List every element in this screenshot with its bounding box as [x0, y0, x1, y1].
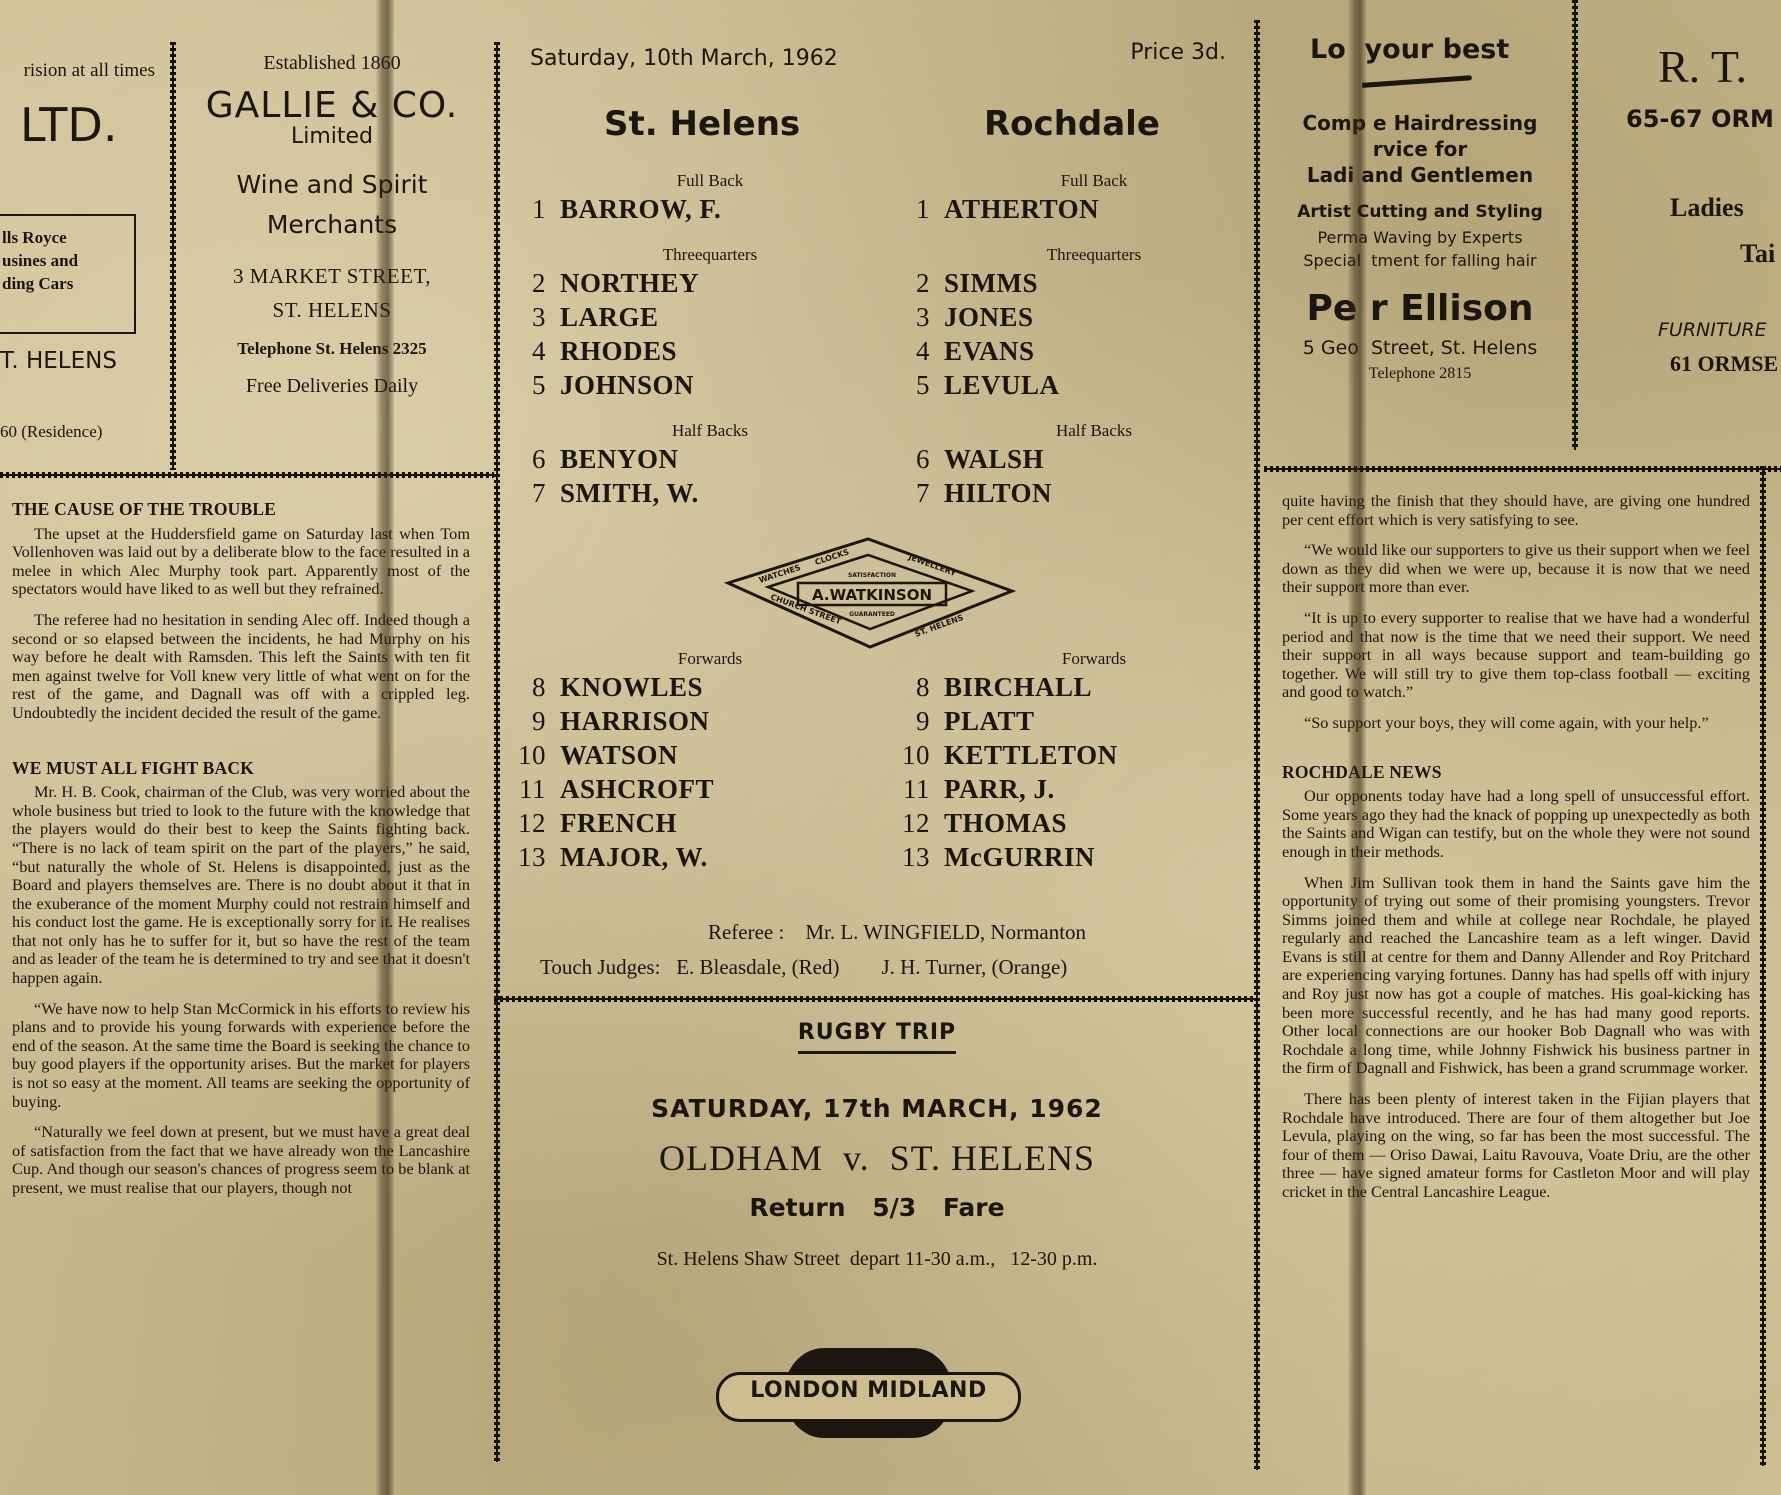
player-row: 6BENYON — [500, 442, 860, 476]
hairdresser-address: 5 Geo Street, St. Helens — [1270, 337, 1570, 359]
rt-line: Ladies — [1590, 193, 1781, 223]
away-lineup: Full Back 1ATHERTON Threequarters 2SIMMS… — [884, 170, 1244, 874]
london-midland-logo: LONDON MIDLAND — [716, 1348, 1021, 1438]
hairdresser-telephone: Telephone 2815 — [1270, 365, 1570, 383]
article-paragraph: The upset at the Huddersfield game on Sa… — [12, 525, 470, 599]
touch-judges-label: Touch Judges: — [540, 955, 660, 979]
article-paragraph: “It is up to every supporter to realise … — [1282, 609, 1750, 702]
article-fight-back: WE MUST ALL FIGHT BACK Mr. H. B. Cook, c… — [12, 759, 470, 1198]
player-row: 10WATSON — [500, 738, 860, 772]
article-heading: THE CAUSE OF THE TROUBLE — [12, 500, 470, 519]
svg-text:A.WATKINSON: A.WATKINSON — [812, 586, 932, 604]
advert-residence-phone: 60 (Residence) — [0, 422, 102, 442]
trip-title: RUGBY TRIP — [798, 1020, 956, 1054]
left-articles: THE CAUSE OF THE TROUBLE The upset at th… — [12, 500, 470, 1210]
position-label: Threequarters — [884, 244, 1244, 266]
article-paragraph: “So support your boys, they will come ag… — [1282, 714, 1750, 733]
position-label: Full Back — [884, 170, 1244, 192]
player-row: 12FRENCH — [500, 806, 860, 840]
player-row: 10KETTLETON — [884, 738, 1244, 772]
rolls-royce-box: lls Royce usines and ding Cars — [0, 214, 136, 334]
player-row: 12THOMAS — [884, 806, 1244, 840]
article-paragraph: “Naturally we feel down at present, but … — [12, 1123, 470, 1197]
rugby-trip-advert: RUGBY TRIP SATURDAY, 17th MARCH, 1962 OL… — [500, 1020, 1254, 1271]
svg-text:JEWELLERY: JEWELLERY — [906, 552, 957, 578]
address: 3 MARKET STREET, ST. HELENS — [172, 259, 492, 327]
underline-swash — [1362, 75, 1472, 88]
player-row: 1BARROW, F. — [500, 192, 860, 226]
perm-waving: Perma Waving by Experts — [1270, 228, 1570, 247]
match-officials: Referee : Mr. L. WINGFIELD, Normanton To… — [500, 920, 1254, 980]
article-rochdale-news: ROCHDALE NEWS Our opponents today have h… — [1282, 763, 1750, 1202]
player-row: 8BIRCHALL — [884, 670, 1244, 704]
artistic-cutting: Artist Cutting and Styling — [1270, 202, 1570, 222]
border-rule — [1264, 466, 1781, 472]
box-line: usines and — [0, 249, 134, 272]
player-row: 4RHODES — [500, 334, 860, 368]
trade-line: Wine and Spirit — [172, 165, 492, 205]
hairdresser-advert: Lo your best Comp e Hairdressing rvice f… — [1270, 34, 1570, 383]
advert-company-name: LTD. — [0, 98, 165, 152]
home-lineup: Full Back 1BARROW, F. Threequarters 2NOR… — [500, 170, 860, 874]
telephone: Telephone St. Helens 2325 — [172, 339, 492, 359]
trip-departure: St. Helens Shaw Street depart 11-30 a.m.… — [500, 1248, 1254, 1271]
position-label: Half Backs — [884, 420, 1244, 442]
player-row: 9HARRISON — [500, 704, 860, 738]
match-date: Saturday, 10th March, 1962 — [530, 46, 838, 71]
border-rule — [0, 472, 494, 478]
player-row: 3LARGE — [500, 300, 860, 334]
article-paragraph: When Jim Sullivan took them in hand the … — [1282, 874, 1750, 1079]
diamond-logo-icon: A.WATKINSON SATISFACTION GUARANTEED WATC… — [720, 533, 1020, 653]
service-line: rvice for — [1270, 136, 1570, 162]
advert-headline: Lo your best — [1270, 34, 1570, 65]
advert-tagline: rision at all times — [0, 60, 165, 82]
programme-price: Price 3d. — [1130, 40, 1226, 65]
article-paragraph: “We would like our supporters to give us… — [1282, 541, 1750, 597]
established-year: Established 1860 — [172, 52, 492, 75]
trip-match: OLDHAM v. ST. HELENS — [500, 1137, 1254, 1179]
home-team-name: St. Helens — [604, 104, 800, 144]
railway-name: LONDON MIDLAND — [716, 1378, 1021, 1403]
player-row: 7HILTON — [884, 476, 1244, 510]
box-line: lls Royce — [0, 226, 134, 249]
article-cause-of-trouble: THE CAUSE OF THE TROUBLE The upset at th… — [12, 500, 470, 723]
rt-line: Tai — [1590, 239, 1781, 269]
svg-text:SATISFACTION: SATISFACTION — [848, 572, 896, 579]
service-line: Ladi and Gentlemen — [1270, 162, 1570, 188]
article-paragraph: quite having the finish that they should… — [1282, 492, 1750, 529]
special-treatment: Special tment for falling hair — [1270, 251, 1570, 270]
border-rule — [1760, 466, 1766, 1466]
player-row: 4EVANS — [884, 334, 1244, 368]
article-paragraph: There has been plenty of interest taken … — [1282, 1090, 1750, 1202]
border-rule — [494, 996, 1254, 1002]
company-name: GALLIE & CO. — [172, 85, 492, 126]
rt-address: 65-67 ORM — [1590, 105, 1781, 133]
trip-fare: Return 5/3 Fare — [500, 1193, 1254, 1222]
right-articles: quite having the finish that they should… — [1282, 492, 1750, 1214]
player-row: 13McGURRIN — [884, 840, 1244, 874]
article-paragraph: “We have now to help Stan McCormick in h… — [12, 1000, 470, 1112]
position-label: Threequarters — [500, 244, 860, 266]
deliveries-note: Free Deliveries Daily — [172, 375, 492, 398]
player-row: 8KNOWLES — [500, 670, 860, 704]
position-label: Full Back — [500, 170, 860, 192]
player-row: 13MAJOR, W. — [500, 840, 860, 874]
touch-judge: J. H. Turner, (Orange) — [881, 955, 1067, 979]
player-row: 2SIMMS — [884, 266, 1244, 300]
address-line: ST. HELENS — [172, 293, 492, 327]
hairdresser-name: Pe r Ellison — [1270, 288, 1570, 329]
player-row: 5LEVULA — [884, 368, 1244, 402]
border-rule — [1572, 0, 1578, 450]
player-row: 5JOHNSON — [500, 368, 860, 402]
trip-date: SATURDAY, 17th MARCH, 1962 — [500, 1094, 1254, 1123]
rt-address-2: 61 ORMSE — [1590, 351, 1781, 377]
referee-name: Mr. L. WINGFIELD, Normanton — [805, 920, 1086, 944]
position-label: Half Backs — [500, 420, 860, 442]
gallie-advert: Established 1860 GALLIE & CO. Limited Wi… — [172, 52, 492, 398]
address-line: 3 MARKET STREET, — [172, 259, 492, 293]
trade-line: Merchants — [172, 205, 492, 245]
svg-text:GUARANTEED: GUARANTEED — [849, 611, 895, 618]
article-paragraph: Mr. H. B. Cook, chairman of the Club, wa… — [12, 783, 470, 988]
advert-city: T. HELENS — [0, 348, 117, 374]
player-row: 9PLATT — [884, 704, 1244, 738]
away-team-name: Rochdale — [984, 104, 1160, 144]
referee-label: Referee : — [708, 920, 784, 944]
article-paragraph: Our opponents today have had a long spel… — [1282, 787, 1750, 861]
player-row: 2NORTHEY — [500, 266, 860, 300]
team-sheet: Saturday, 10th March, 1962 Price 3d. St.… — [500, 40, 1254, 1000]
player-row: 6WALSH — [884, 442, 1244, 476]
border-rule — [1254, 20, 1260, 1470]
touch-judges-line: Touch Judges: E. Bleasdale, (Red) J. H. … — [500, 955, 1254, 980]
player-row: 1ATHERTON — [884, 192, 1244, 226]
player-row: 11ASHCROFT — [500, 772, 860, 806]
trade-description: Wine and Spirit Merchants — [172, 165, 492, 245]
left-edge-advert: rision at all times LTD. T. HELENS 60 (R… — [0, 60, 165, 152]
article-heading: ROCHDALE NEWS — [1282, 763, 1750, 782]
article-heading: WE MUST ALL FIGHT BACK — [12, 759, 470, 778]
rt-furniture: FURNITURE — [1590, 319, 1781, 341]
watkinson-jeweller-logo: A.WATKINSON SATISFACTION GUARANTEED WATC… — [720, 533, 1020, 653]
article-paragraph: The referee had no hesitation in sending… — [12, 611, 470, 723]
service-line: Comp e Hairdressing — [1270, 110, 1570, 136]
player-row: 7SMITH, W. — [500, 476, 860, 510]
referee-line: Referee : Mr. L. WINGFIELD, Normanton — [500, 920, 1254, 945]
service-description: Comp e Hairdressing rvice for Ladi and G… — [1270, 110, 1570, 188]
rt-outfitters-advert: R. T. 65-67 ORM Ladies Tai FURNITURE 61 … — [1590, 40, 1781, 377]
company-suffix: Limited — [172, 124, 492, 149]
rt-name: R. T. — [1590, 40, 1781, 93]
touch-judge: E. Bleasdale, (Red) — [676, 955, 839, 979]
player-row: 11PARR, J. — [884, 772, 1244, 806]
box-line: ding Cars — [0, 272, 134, 295]
player-row: 3JONES — [884, 300, 1244, 334]
